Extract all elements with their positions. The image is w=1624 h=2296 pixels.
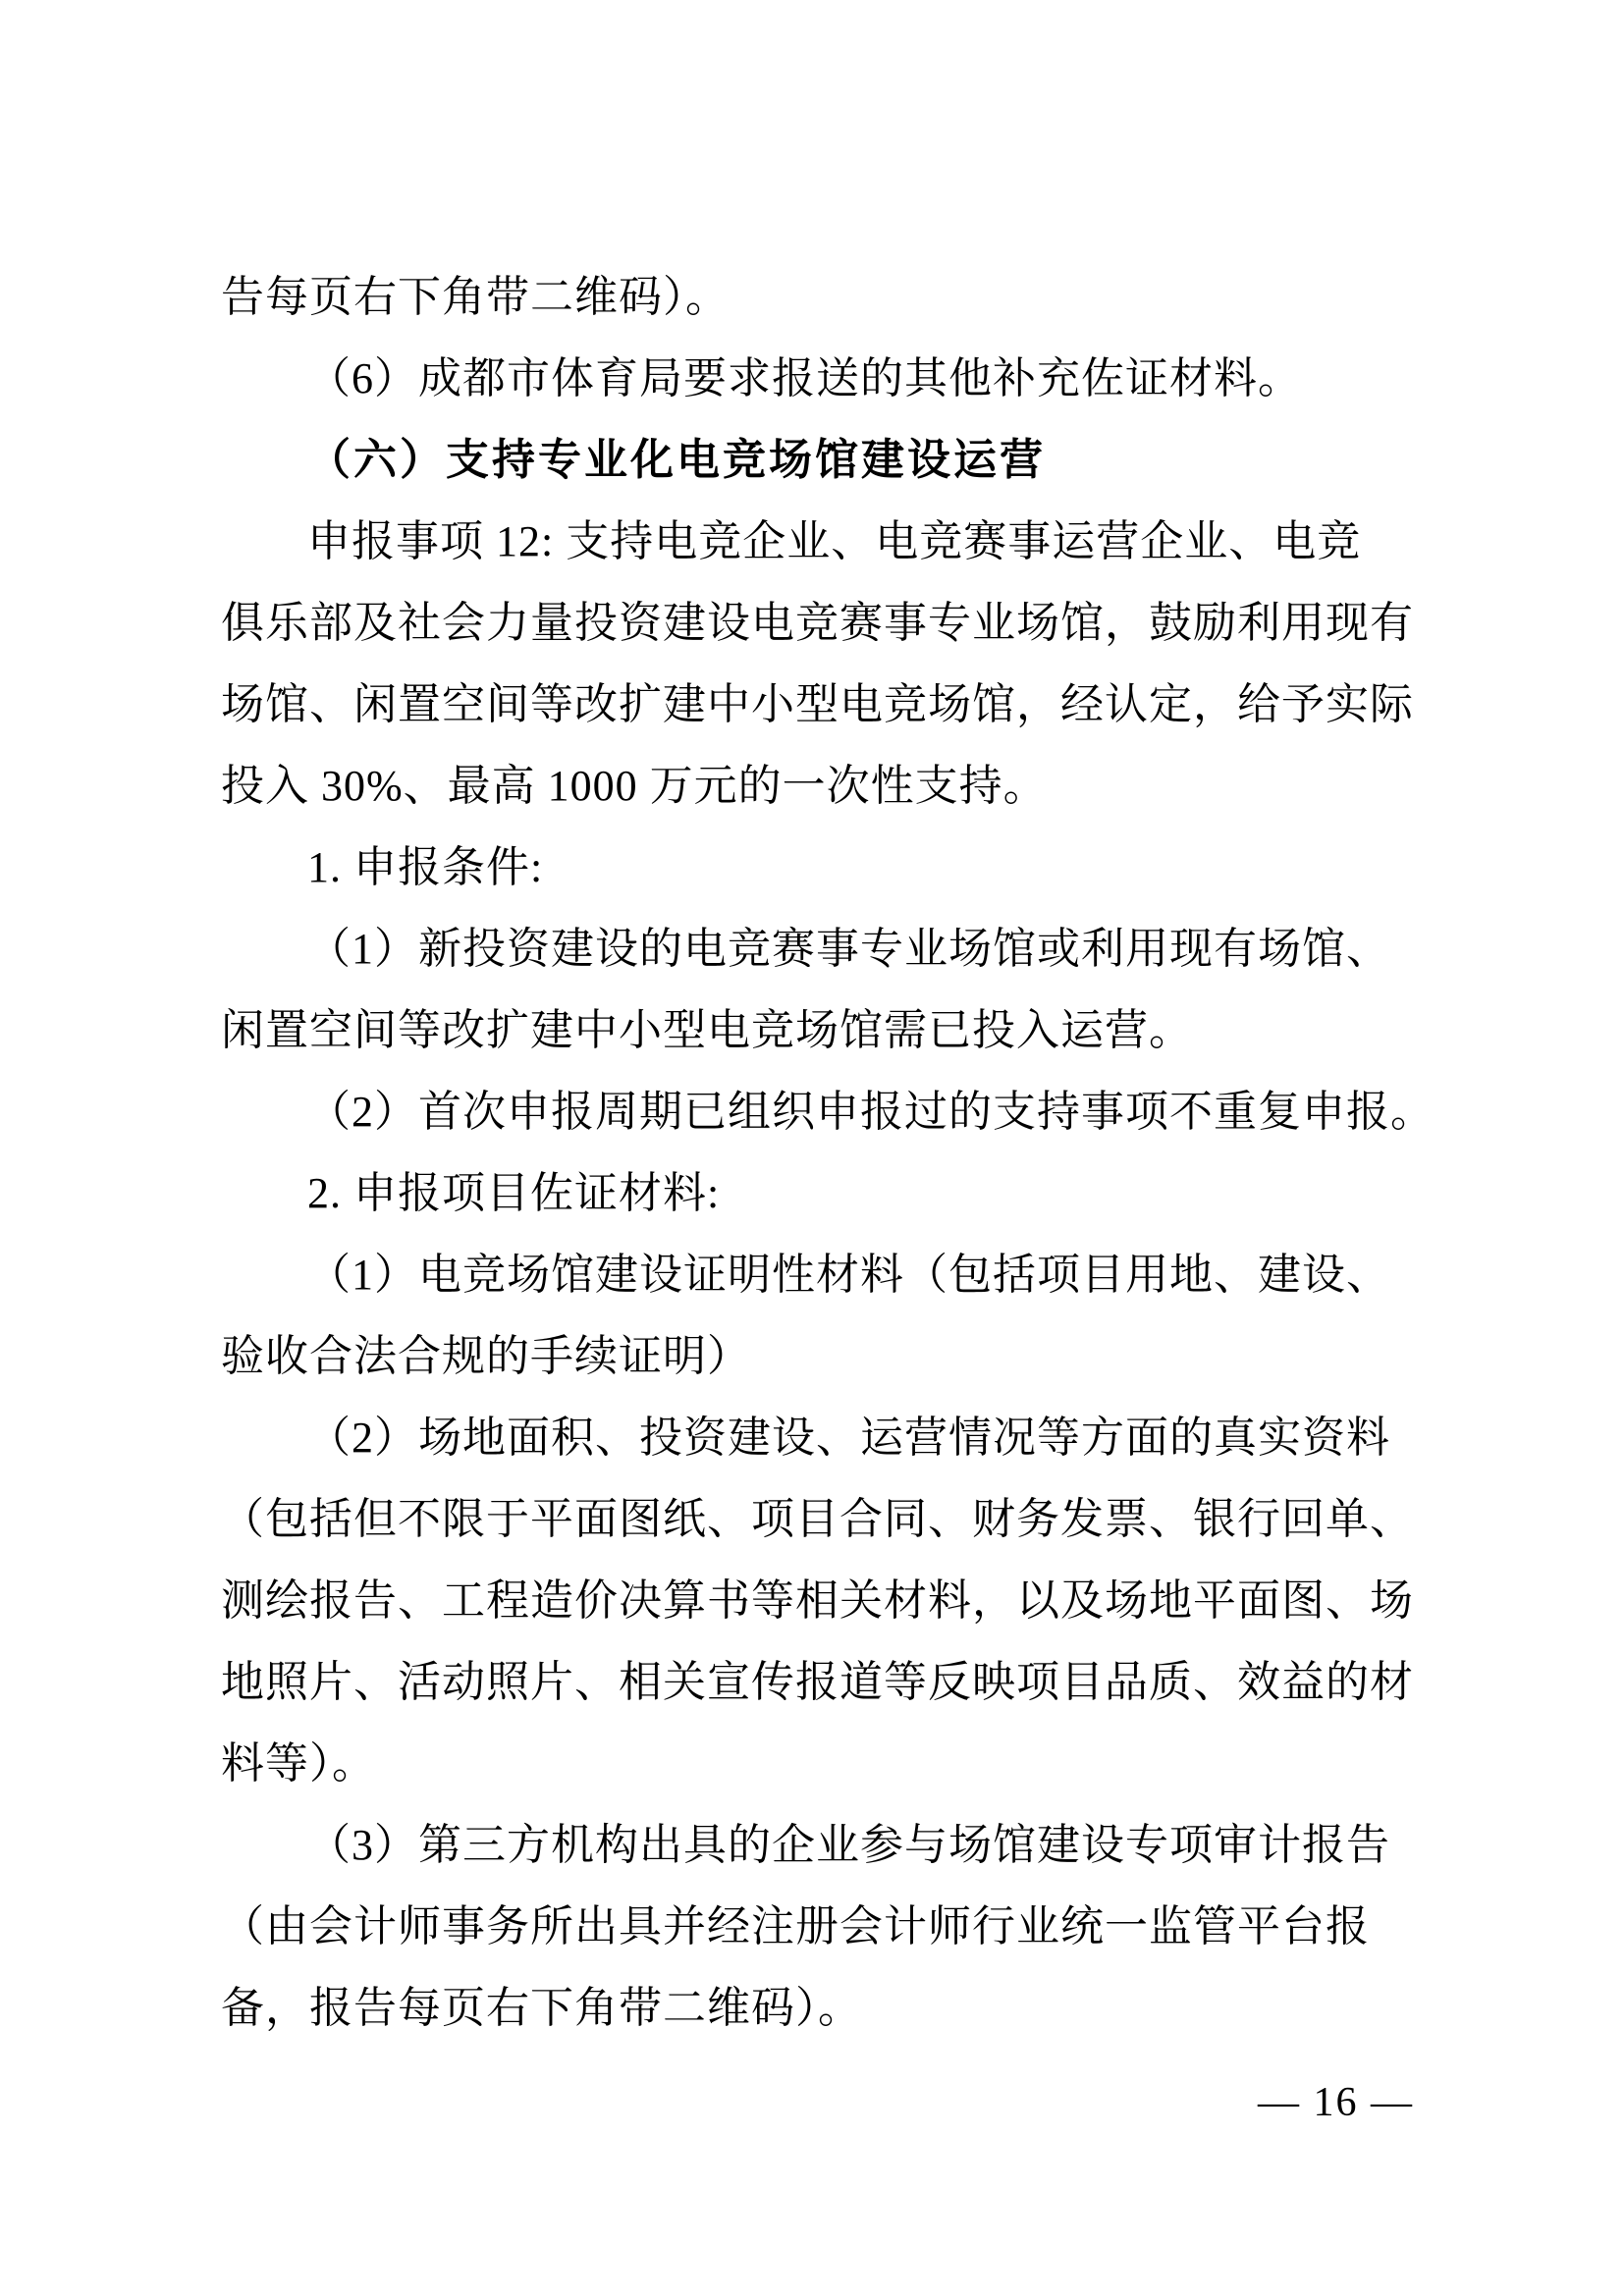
text-line: （2）场地面积、投资建设、运营情况等方面的真实资料 bbox=[221, 1397, 1414, 1478]
text-line: 场馆、闲置空间等改扩建中小型电竞场馆，经认定，给予实际 bbox=[221, 664, 1414, 745]
text-line: 备，报告每页右下角带二维码）。 bbox=[221, 1967, 1414, 2049]
text-line: （1）新投资建设的电竞赛事专业场馆或利用现有场馆、 bbox=[221, 908, 1414, 989]
text-line: （包括但不限于平面图纸、项目合同、财务发票、银行回单、 bbox=[221, 1478, 1414, 1560]
document-page: 告每页右下角带二维码）。 （6）成都市体育局要求报送的其他补充佐证材料。 （六）… bbox=[0, 0, 1624, 2296]
text-line: 地照片、活动照片、相关宣传报道等反映项目品质、效益的材 bbox=[221, 1641, 1414, 1723]
list-item-heading: 1. 申报条件: bbox=[221, 827, 1414, 908]
list-item-heading: 2. 申报项目佐证材料: bbox=[221, 1152, 1414, 1234]
text-line: 投入 30%、最高 1000 万元的一次性支持。 bbox=[221, 745, 1414, 827]
document-body: 告每页右下角带二维码）。 （6）成都市体育局要求报送的其他补充佐证材料。 （六）… bbox=[221, 256, 1414, 2049]
text-line: （1）电竞场馆建设证明性材料（包括项目用地、建设、 bbox=[221, 1234, 1414, 1315]
text-line: 料等）。 bbox=[221, 1723, 1414, 1804]
text-line: 验收合法合规的手续证明） bbox=[221, 1315, 1414, 1397]
text-line: （3）第三方机构出具的企业参与场馆建设专项审计报告 bbox=[221, 1804, 1414, 1886]
text-line: （由会计师事务所出具并经注册会计师行业统一监管平台报 bbox=[221, 1886, 1414, 1967]
page-number: — 16 — bbox=[1258, 2073, 1414, 2132]
text-line: 申报事项 12: 支持电竞企业、电竞赛事运营企业、电竞 bbox=[221, 501, 1414, 582]
section-heading: （六）支持专业化电竞场馆建设运营 bbox=[221, 419, 1414, 501]
text-line: （6）成都市体育局要求报送的其他补充佐证材料。 bbox=[221, 338, 1414, 419]
text-line: 闲置空间等改扩建中小型电竞场馆需已投入运营。 bbox=[221, 989, 1414, 1071]
text-line: 测绘报告、工程造价决算书等相关材料，以及场地平面图、场 bbox=[221, 1560, 1414, 1641]
text-line: 告每页右下角带二维码）。 bbox=[221, 256, 1414, 338]
text-line: （2）首次申报周期已组织申报过的支持事项不重复申报。 bbox=[221, 1071, 1414, 1152]
text-line: 俱乐部及社会力量投资建设电竞赛事专业场馆，鼓励利用现有 bbox=[221, 582, 1414, 664]
